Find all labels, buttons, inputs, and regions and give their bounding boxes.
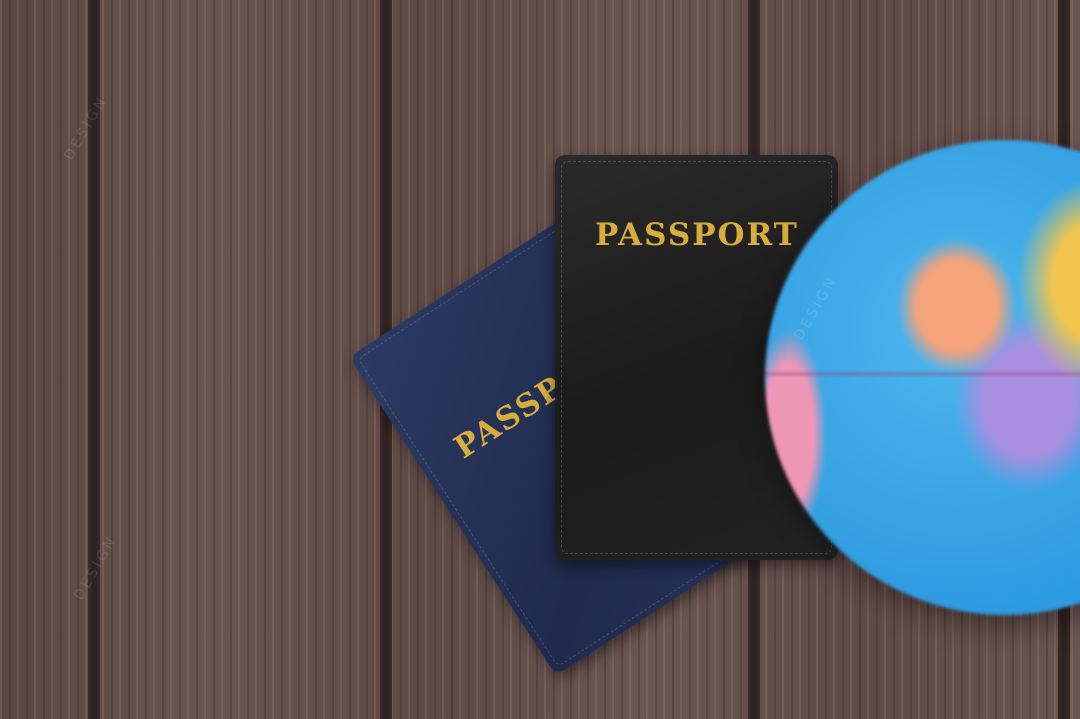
- globe-equator-line: [765, 373, 1080, 375]
- blue-passport-title: PASSP: [448, 369, 570, 466]
- wood-table-background: PASSP PASSPORT DESIGN DESIGN DESIGN: [0, 0, 1080, 719]
- watermark: DESIGN: [61, 93, 111, 163]
- black-passport-title: PASSPORT: [595, 217, 799, 253]
